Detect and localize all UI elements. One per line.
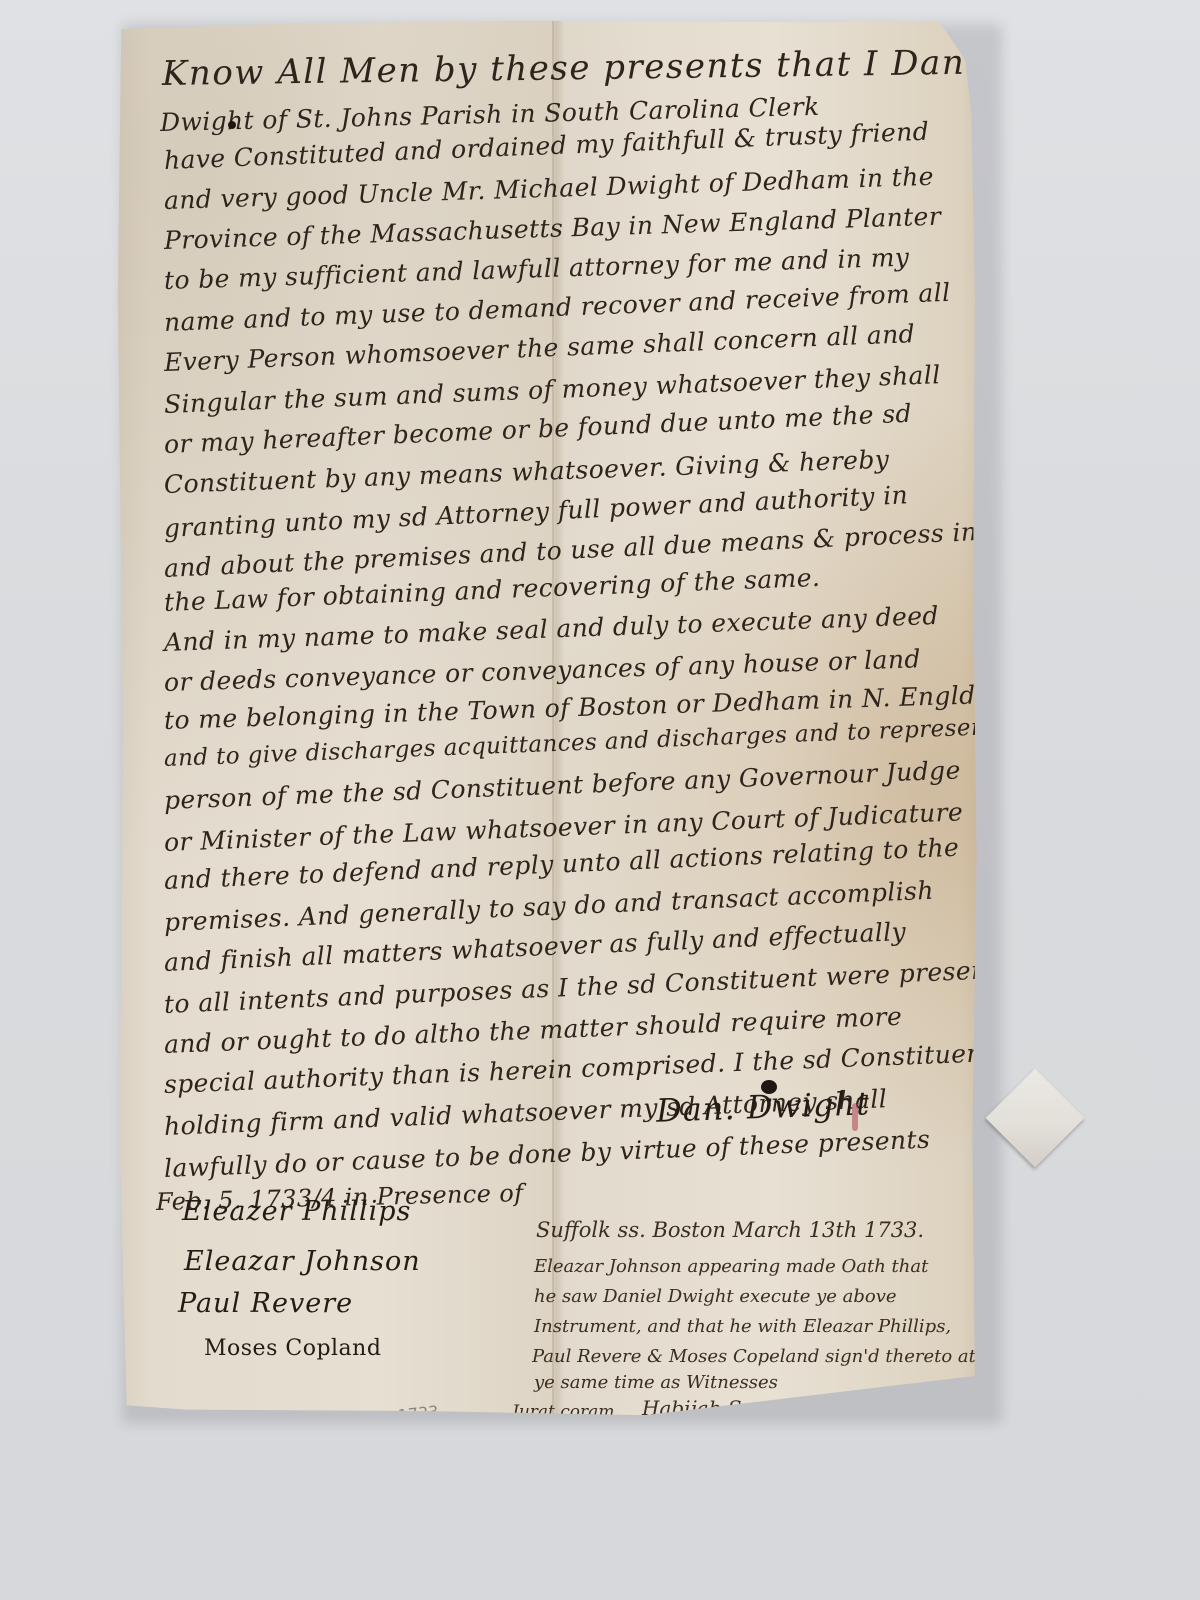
witness-signature: Eleazar Johnson [184,1246,421,1277]
certificate-line: Instrument, and that he with Eleazar Phi… [534,1316,951,1337]
witness-signature: Eleazer Phillips [182,1196,411,1227]
witness-signature: Paul Revere [178,1288,353,1319]
certificate-line: ye same time as Witnesses [534,1372,778,1393]
certificate-line: Paul Revere & Moses Copeland sign'd ther… [532,1346,976,1367]
witness-signature: Moses Copland [204,1336,381,1361]
certificate-line: Suffolk ss. Boston March 13th 1733. [536,1218,924,1242]
ink-blot [761,1080,777,1094]
body-line-heading: Know All Men by these presents that I Da… [162,42,1012,94]
manuscript-page: Know All Men by these presents that I Da… [116,18,996,1418]
certificate-line: Eleazar Johnson appearing made Oath that [534,1256,928,1277]
certificate-line: he saw Daniel Dwight execute ye above [534,1286,897,1307]
wax-trace [852,1103,858,1131]
ink-dot [228,121,236,129]
